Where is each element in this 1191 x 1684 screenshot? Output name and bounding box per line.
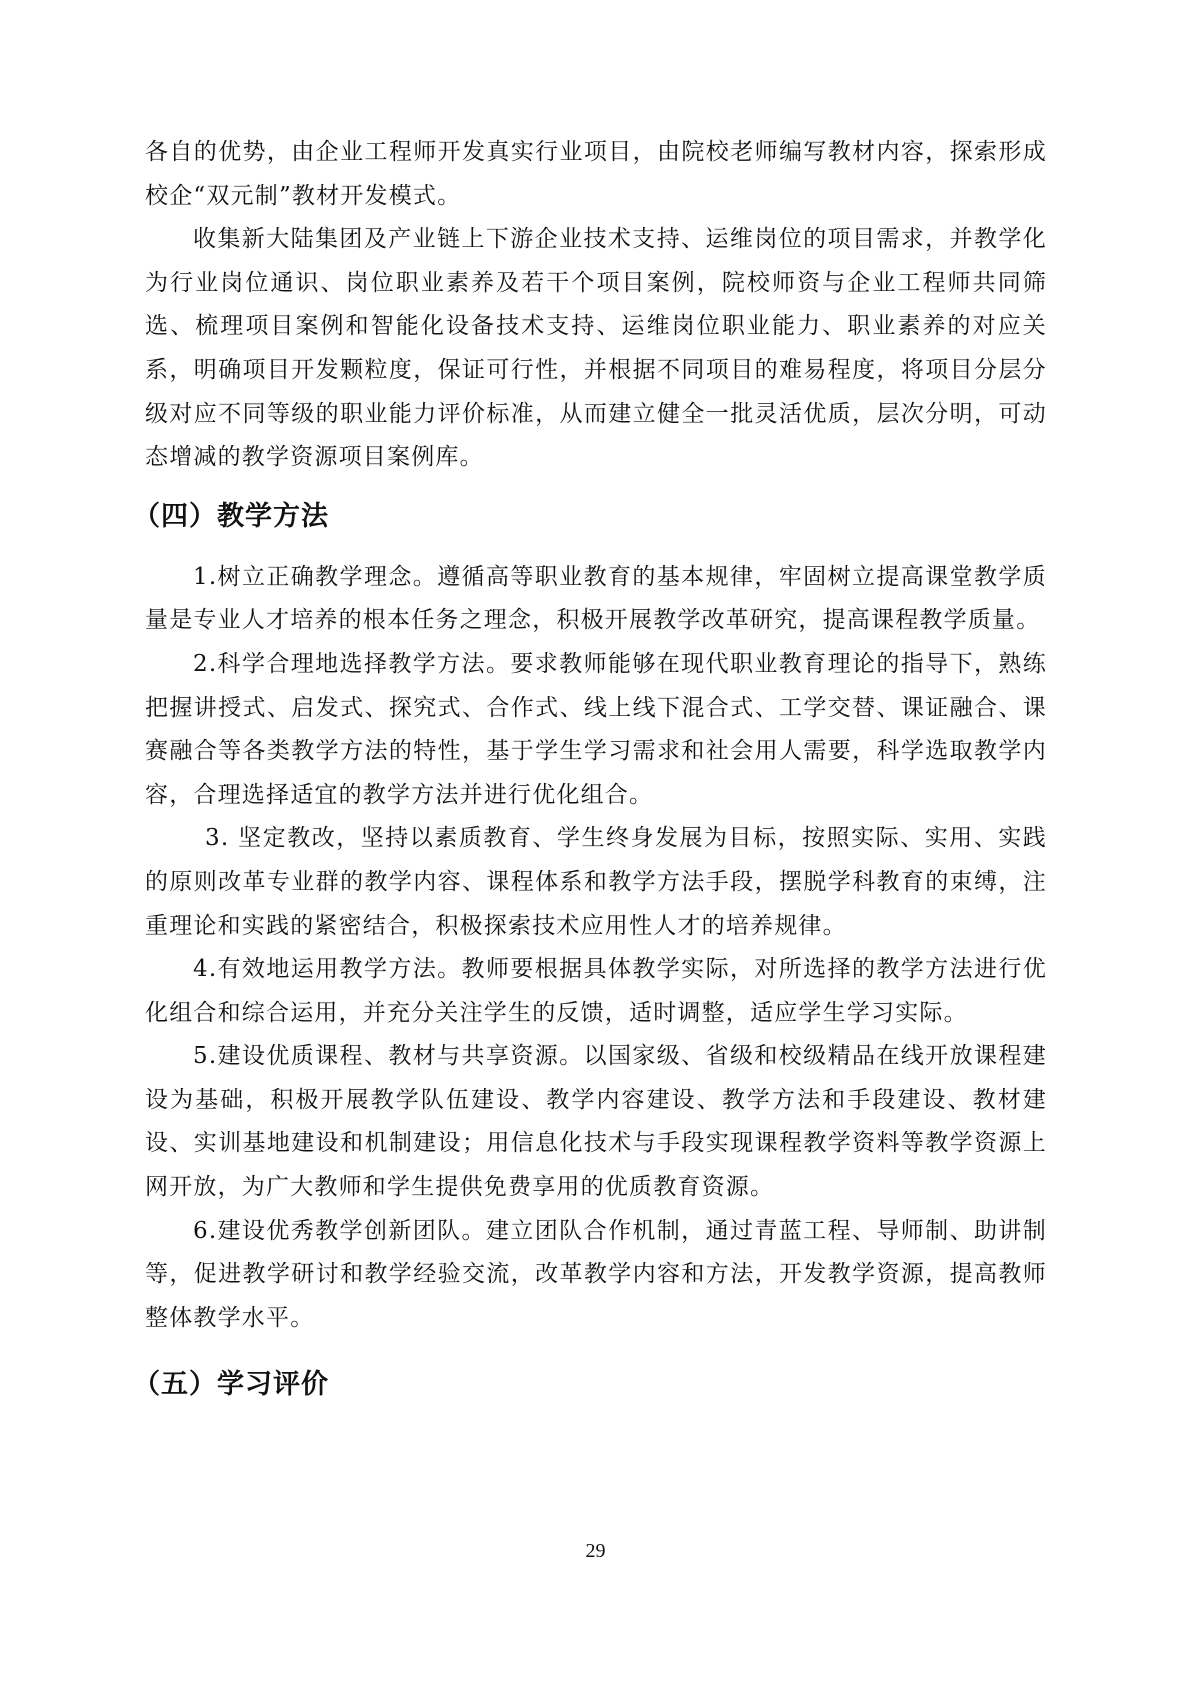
paragraph-item-6: 6.建设优秀教学创新团队。建立团队合作机制，通过青蓝工程、导师制、助讲制等，促进… [145,1210,1047,1341]
paragraph-project-library: 收集新大陆集团及产业链上下游企业技术支持、运维岗位的项目需求，并教学化为行业岗位… [145,218,1047,480]
section-heading-teaching-methods: （四）教学方法 [133,502,1047,532]
section-heading-learning-evaluation: （五）学习评价 [133,1370,1047,1400]
page-number: 29 [0,1540,1191,1563]
paragraph-item-4: 4.有效地运用教学方法。教师要根据具体教学实际，对所选择的教学方法进行优化组合和… [145,948,1047,1035]
paragraph-item-3: 3. 坚定教改，坚持以素质教育、学生终身发展为目标，按照实际、实用、实践的原则改… [145,817,1047,948]
paragraph-continued: 各自的优势，由企业工程师开发真实行业项目，由院校老师编写教材内容，探索形成校企“… [145,131,1047,218]
paragraph-item-2: 2.科学合理地选择教学方法。要求教师能够在现代职业教育理论的指导下，熟练把握讲授… [145,643,1047,817]
paragraph-item-5: 5.建设优质课程、教材与共享资源。以国家级、省级和校级精品在线开放课程建设为基础… [145,1035,1047,1209]
paragraph-item-1: 1.树立正确教学理念。遵循高等职业教育的基本规律，牢固树立提高课堂教学质量是专业… [145,556,1047,643]
page-content: 各自的优势，由企业工程师开发真实行业项目，由院校老师编写教材内容，探索形成校企“… [145,131,1047,1400]
document-page: 各自的优势，由企业工程师开发真实行业项目，由院校老师编写教材内容，探索形成校企“… [0,0,1191,1684]
